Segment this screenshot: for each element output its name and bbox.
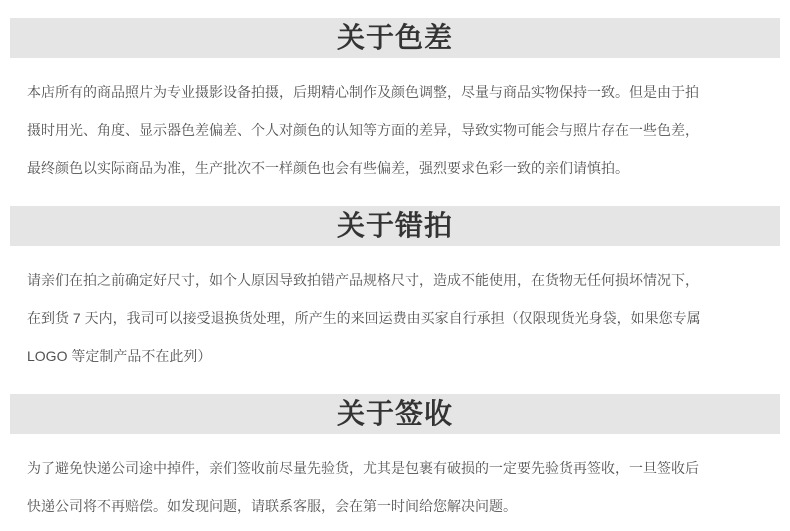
body-line: LOGO 等定制产品不在此列） <box>27 337 770 375</box>
section-body: 为了避免快递公司途中掉件，亲们签收前尽量先验货，尤其是包裹有破损的一定要先验货再… <box>27 449 770 525</box>
section-body: 请亲们在拍之前确定好尺寸，如个人原因导致拍错产品规格尺寸，造成不能使用，在货物无… <box>27 261 770 375</box>
body-line: 为了避免快递公司途中掉件，亲们签收前尽量先验货，尤其是包裹有破损的一定要先验货再… <box>27 449 770 487</box>
body-line: 摄时用光、角度、显示器色差偏差、个人对颜色的认知等方面的差异，导致实物可能会与照… <box>27 111 770 149</box>
body-line: 在到货 7 天内，我司可以接受退换货处理，所产生的来回运费由买家自行承担（仅限现… <box>27 299 770 337</box>
body-line: 本店所有的商品照片为专业摄影设备拍摄，后期精心制作及颜色调整，尽量与商品实物保持… <box>27 73 770 111</box>
section-header-bar: 关于色差 <box>10 18 780 58</box>
section-title: 关于签收 <box>337 400 453 428</box>
section-title: 关于错拍 <box>337 212 453 240</box>
section-title: 关于色差 <box>337 24 453 52</box>
section-sign-receipt: 关于签收 为了避免快递公司途中掉件，亲们签收前尽量先验货，尤其是包裹有破损的一定… <box>0 394 790 525</box>
section-wrong-order: 关于错拍 请亲们在拍之前确定好尺寸，如个人原因导致拍错产品规格尺寸，造成不能使用… <box>0 206 790 375</box>
product-notice-page: 关于色差 本店所有的商品照片为专业摄影设备拍摄，后期精心制作及颜色调整，尽量与商… <box>0 0 790 531</box>
section-body: 本店所有的商品照片为专业摄影设备拍摄，后期精心制作及颜色调整，尽量与商品实物保持… <box>27 73 770 187</box>
section-color-difference: 关于色差 本店所有的商品照片为专业摄影设备拍摄，后期精心制作及颜色调整，尽量与商… <box>0 18 790 187</box>
section-header-bar: 关于签收 <box>10 394 780 434</box>
section-header-bar: 关于错拍 <box>10 206 780 246</box>
body-line: 请亲们在拍之前确定好尺寸，如个人原因导致拍错产品规格尺寸，造成不能使用，在货物无… <box>27 261 770 299</box>
body-line: 最终颜色以实际商品为准，生产批次不一样颜色也会有些偏差，强烈要求色彩一致的亲们请… <box>27 149 770 187</box>
body-line: 快递公司将不再赔偿。如发现问题，请联系客服，会在第一时间给您解决问题。 <box>27 487 770 525</box>
